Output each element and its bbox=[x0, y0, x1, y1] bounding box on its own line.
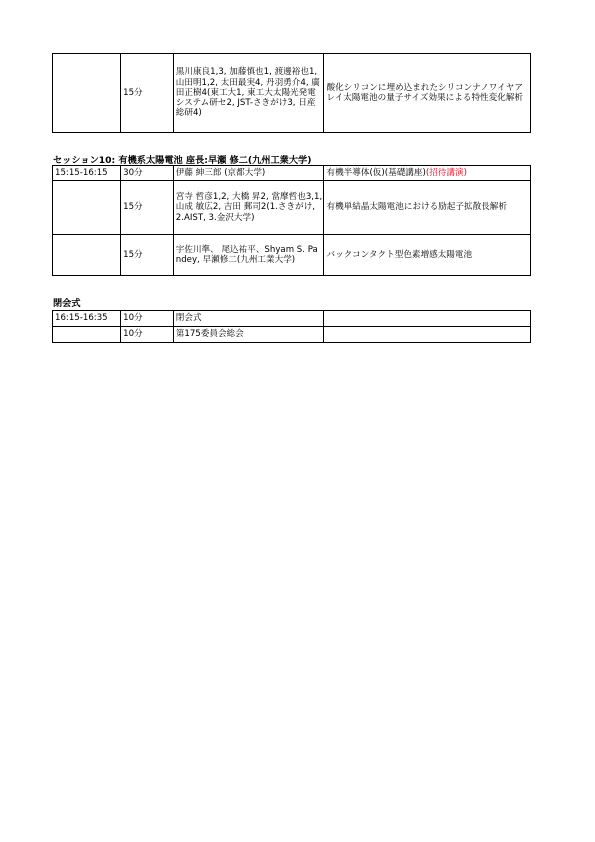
title-cell: バックコンタクト型色素増感太陽電池 bbox=[324, 235, 531, 276]
item-cell: 第175委員会総会 bbox=[173, 327, 324, 343]
title-cell: 有機単結晶太陽電池における励起子拡散長解析 bbox=[324, 181, 531, 235]
time-cell bbox=[53, 327, 121, 343]
note-cell bbox=[324, 327, 531, 343]
prev-session-table: 15分 黒川康良1,3, 加藤慎也1, 渡邊裕也1, 山田明1,2, 太田最実4… bbox=[52, 53, 531, 133]
table-row: 15分 宇佐川準、 尾込祐平、Shyam S. Pandey, 早瀬修二(九州工… bbox=[53, 235, 531, 276]
item-cell: 閉会式 bbox=[173, 311, 324, 327]
duration-cell: 10分 bbox=[121, 327, 174, 343]
table-row: 15分 宮寺 哲彦1,2, 大橋 昇2, 當摩哲也3,1, 山成 敏広2, 吉田… bbox=[53, 181, 531, 235]
authors-cell: 宇佐川準、 尾込祐平、Shyam S. Pandey, 早瀬修二(九州工業大学) bbox=[173, 235, 324, 276]
title-text: 有機半導体(仮)(基礎講座) bbox=[326, 168, 425, 178]
table-row: 10分 第175委員会総会 bbox=[53, 327, 531, 343]
authors-cell: 宮寺 哲彦1,2, 大橋 昇2, 當摩哲也3,1, 山成 敏広2, 吉田 郵司2… bbox=[173, 181, 324, 235]
table-row: 15:15-16:15 30分 伊藤 紳三郎 (京都大学) 有機半導体(仮)(基… bbox=[53, 166, 531, 181]
duration-cell: 15分 bbox=[121, 181, 174, 235]
time-cell: 15:15-16:15 bbox=[53, 166, 121, 181]
note-cell bbox=[324, 311, 531, 327]
time-cell bbox=[53, 54, 121, 133]
time-cell: 16:15-16:35 bbox=[53, 311, 121, 327]
table-row: 16:15-16:35 10分 閉会式 bbox=[53, 311, 531, 327]
closing-heading: 閉会式 bbox=[53, 295, 81, 309]
title-cell: 有機半導体(仮)(基礎講座)(招待講演) bbox=[324, 166, 531, 181]
session-10-table: 15:15-16:15 30分 伊藤 紳三郎 (京都大学) 有機半導体(仮)(基… bbox=[52, 165, 531, 276]
duration-cell: 15分 bbox=[121, 235, 174, 276]
duration-cell: 30分 bbox=[121, 166, 174, 181]
time-cell bbox=[53, 235, 121, 276]
authors-cell: 伊藤 紳三郎 (京都大学) bbox=[173, 166, 324, 181]
time-cell bbox=[53, 181, 121, 235]
title-cell: 酸化シリコンに埋め込まれたシリコンナノワイヤアレイ太陽電池の量子サイズ効果による… bbox=[324, 54, 531, 133]
closing-table: 16:15-16:35 10分 閉会式 10分 第175委員会総会 bbox=[52, 310, 531, 343]
duration-cell: 10分 bbox=[121, 311, 174, 327]
duration-cell: 15分 bbox=[121, 54, 174, 133]
invited-talk-badge: (招待講演) bbox=[426, 168, 467, 178]
session-10-heading: セッション10: 有機系太陽電池 座長:早瀬 修二(九州工業大学) bbox=[53, 152, 311, 166]
authors-cell: 黒川康良1,3, 加藤慎也1, 渡邊裕也1, 山田明1,2, 太田最実4, 丹羽… bbox=[173, 54, 324, 133]
table-row: 15分 黒川康良1,3, 加藤慎也1, 渡邊裕也1, 山田明1,2, 太田最実4… bbox=[53, 54, 531, 133]
